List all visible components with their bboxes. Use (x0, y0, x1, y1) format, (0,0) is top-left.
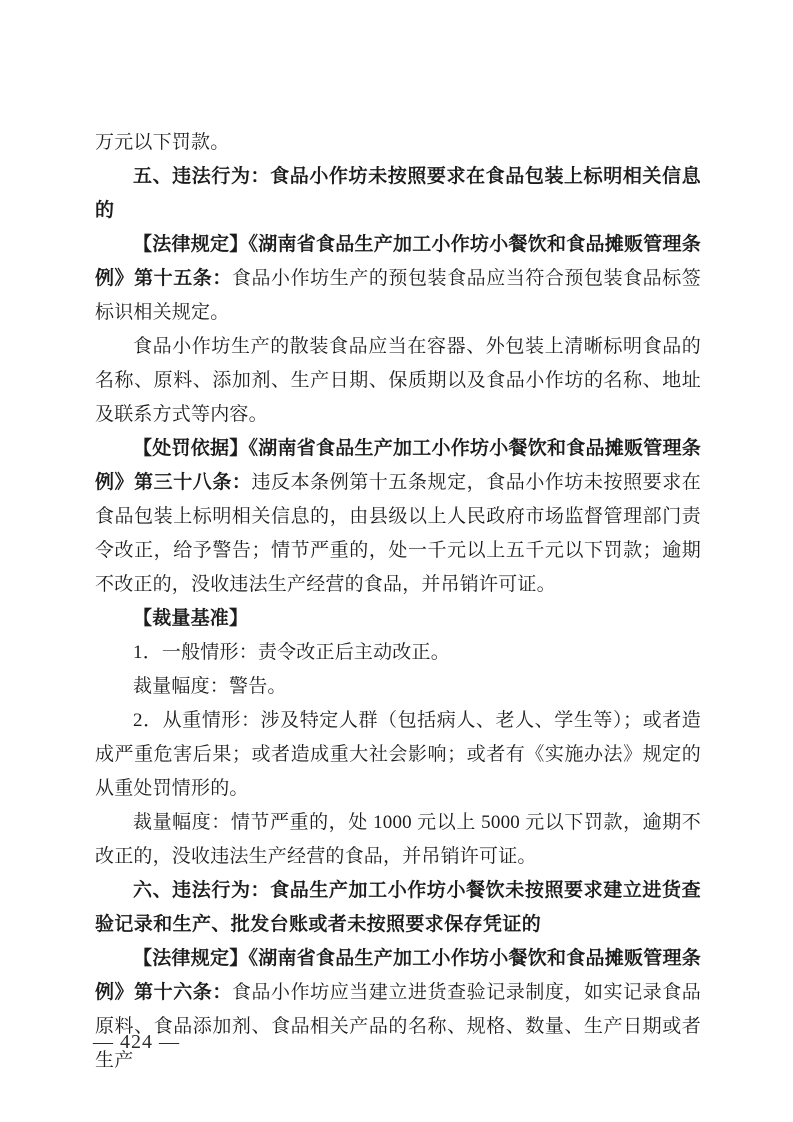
heading-text: 六、违法行为：食品生产加工小作坊小餐饮未按照要求建立进货查验记录和生产、批发台账… (95, 880, 701, 935)
legal-basis-article-16: 【法律规定】《湖南省食品生产加工小作坊小餐饮和食品摊贩管理条例》第十六条：食品小… (95, 942, 701, 1078)
document-body: 万元以下罚款。 五、违法行为：食品小作坊未按照要求在食品包装上标明相关信息的 【… (95, 126, 701, 1078)
penalty-basis-article-38: 【处罚依据】《湖南省食品生产加工小作坊小餐饮和食品摊贩管理条例》第三十八条：违反… (95, 432, 701, 602)
violation-heading-6: 六、违法行为：食品生产加工小作坊小餐饮未按照要求建立进货查验记录和生产、批发台账… (95, 874, 701, 942)
body-text: 裁量幅度：情节严重的，处 1000 元以上 5000 元以下罚款，逾期不改正的，… (95, 812, 701, 867)
heading-text: 五、违法行为：食品小作坊未按照要求在食品包装上标明相关信息的 (95, 166, 701, 221)
bold-lead: 【裁量基准】 (133, 608, 248, 629)
aggravated-case-item: 2．从重情形：涉及特定人群（包括病人、老人、学生等）；或者造成严重危害后果；或者… (95, 704, 701, 806)
general-case-item: 1．一般情形：责令改正后主动改正。 (95, 636, 701, 670)
body-text: 食品小作坊生产的散装食品应当在容器、外包装上清晰标明食品的名称、原料、添加剂、生… (95, 336, 701, 425)
page-number: — 424 — (93, 1031, 180, 1053)
body-text: 万元以下罚款。 (95, 132, 229, 153)
bulk-food-labeling-paragraph: 食品小作坊生产的散装食品应当在容器、外包装上清晰标明食品的名称、原料、添加剂、生… (95, 330, 701, 432)
page-footer: — 424 — (93, 1030, 180, 1054)
legal-basis-article-15: 【法律规定】《湖南省食品生产加工小作坊小餐饮和食品摊贩管理条例》第十五条：食品小… (95, 228, 701, 330)
paragraph-continuation-fine-clause: 万元以下罚款。 (95, 126, 701, 160)
body-text: 2．从重情形：涉及特定人群（包括病人、老人、学生等）；或者造成严重危害后果；或者… (95, 710, 701, 799)
violation-heading-5: 五、违法行为：食品小作坊未按照要求在食品包装上标明相关信息的 (95, 160, 701, 228)
discretion-standards-heading: 【裁量基准】 (95, 602, 701, 636)
body-text: 裁量幅度：警告。 (133, 676, 287, 697)
document-page: 万元以下罚款。 五、违法行为：食品小作坊未按照要求在食品包装上标明相关信息的 【… (0, 0, 793, 1122)
aggravated-penalty-range: 裁量幅度：情节严重的，处 1000 元以上 5000 元以下罚款，逾期不改正的，… (95, 806, 701, 874)
general-penalty-range: 裁量幅度：警告。 (95, 670, 701, 704)
body-text: 1．一般情形：责令改正后主动改正。 (133, 642, 450, 663)
